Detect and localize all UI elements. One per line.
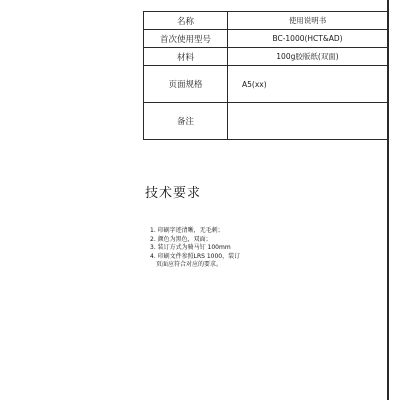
row-label: 备注	[144, 103, 228, 140]
row-value: 100g胶版纸(双面)	[228, 48, 388, 66]
row-value: BC-1000(HCT&AD)	[228, 30, 388, 48]
row-label: 名称	[144, 12, 228, 30]
table-row: 页面规格 A5(xx)	[144, 66, 388, 103]
list-item: 页面应符合对应的要求。	[150, 261, 380, 270]
requirements-list: 1. 印刷字迹清晰，无毛刺； 2. 颜色为黑色，双面； 3. 装订方式为骑马钉 …	[150, 227, 380, 270]
table-row: 首次使用型号 BC-1000(HCT&AD)	[144, 30, 388, 48]
table-row: 材料 100g胶版纸(双面)	[144, 48, 388, 66]
section-heading: 技术要求	[145, 182, 201, 201]
row-value: A5(xx)	[228, 66, 388, 103]
spec-table: 名称 使用说明书 首次使用型号 BC-1000(HCT&AD) 材料 100g胶…	[143, 11, 388, 140]
row-label: 页面规格	[144, 66, 228, 103]
list-item: 1. 印刷字迹清晰，无毛刺；	[150, 227, 380, 236]
table-row: 名称 使用说明书	[144, 12, 388, 30]
list-item: 2. 颜色为黑色，双面；	[150, 236, 380, 245]
list-item: 4. 印刷文件参照LRS 1000，装订	[150, 253, 380, 262]
row-value	[228, 103, 388, 140]
table-row: 备注	[144, 103, 388, 140]
row-value: 使用说明书	[228, 12, 388, 30]
row-label: 材料	[144, 48, 228, 66]
row-label: 首次使用型号	[144, 30, 228, 48]
list-item: 3. 装订方式为骑马钉 100mm	[150, 244, 380, 253]
